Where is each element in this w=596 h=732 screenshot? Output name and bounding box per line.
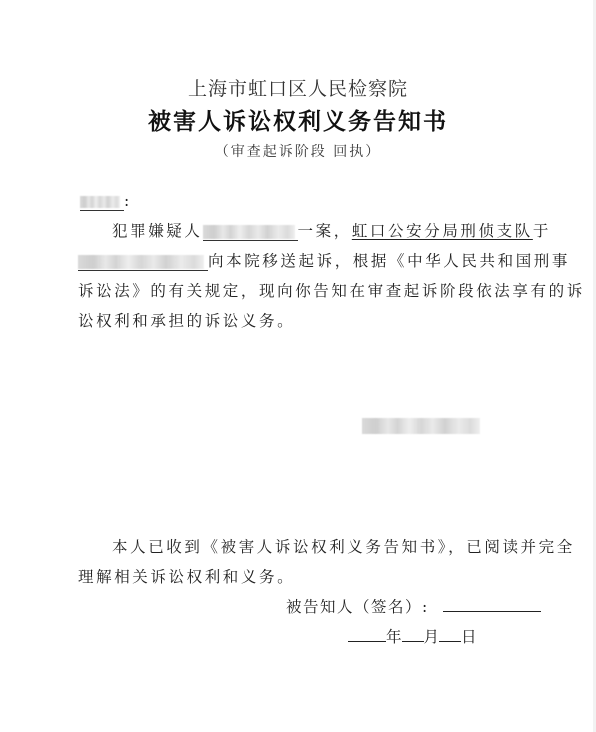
month-field[interactable] (402, 629, 424, 642)
document-page: 上海市虹口区人民检察院 被害人诉讼权利义务告知书 （审查起诉阶段 回执） : 犯… (0, 0, 596, 732)
transfer-date-field (78, 252, 208, 271)
day-label: 日 (461, 628, 477, 646)
redacted-suspect-name (203, 225, 295, 239)
date-line: 年月日 (348, 626, 477, 648)
document-title: 被害人诉讼权利义务告知书 (0, 103, 596, 136)
redacted-addressee (80, 196, 120, 208)
preposition-text: 于 (533, 222, 551, 240)
suspect-label: 犯罪嫌疑人 (112, 222, 203, 240)
addressee-line: : (80, 190, 132, 212)
paragraph1-line2: 向本院移送起诉，根据《中华人民共和国刑事 (78, 250, 570, 272)
receipt-line2: 理解相关诉讼权利和义务。 (78, 566, 295, 588)
document-subtitle: （审查起诉阶段 回执） (0, 141, 596, 161)
year-label: 年 (386, 628, 402, 646)
paragraph1-line1: 犯罪嫌疑人一案，虹口公安分局刑侦支队于 (112, 220, 551, 242)
year-field[interactable] (348, 629, 386, 642)
signature-label: 被告知人（签名）: (286, 598, 429, 616)
addressee-field (80, 192, 124, 211)
redacted-issue-date (362, 418, 480, 434)
police-unit: 虹口公安分局刑侦支队 (352, 222, 533, 240)
suspect-name-field (203, 222, 298, 241)
paragraph1-line2-text: 向本院移送起诉，根据《中华人民共和国刑事 (208, 252, 570, 270)
day-field[interactable] (439, 629, 461, 642)
paragraph1-line4: 讼权利和承担的诉讼义务。 (78, 310, 295, 332)
receipt-line1: 本人已收到《被害人诉讼权利义务告知书》，已阅读并完全 (112, 536, 575, 558)
paragraph1-line3: 诉讼法》的有关规定，现向你告知在审查起诉阶段依法享有的诉 (78, 280, 585, 302)
organization-name: 上海市虹口区人民检察院 (0, 74, 596, 101)
month-label: 月 (424, 628, 440, 646)
signature-field[interactable] (443, 599, 541, 612)
addressee-colon: : (124, 192, 132, 210)
case-text: 一案， (298, 222, 352, 240)
redacted-transfer-date (78, 255, 204, 269)
signature-line: 被告知人（签名）: (286, 596, 541, 618)
